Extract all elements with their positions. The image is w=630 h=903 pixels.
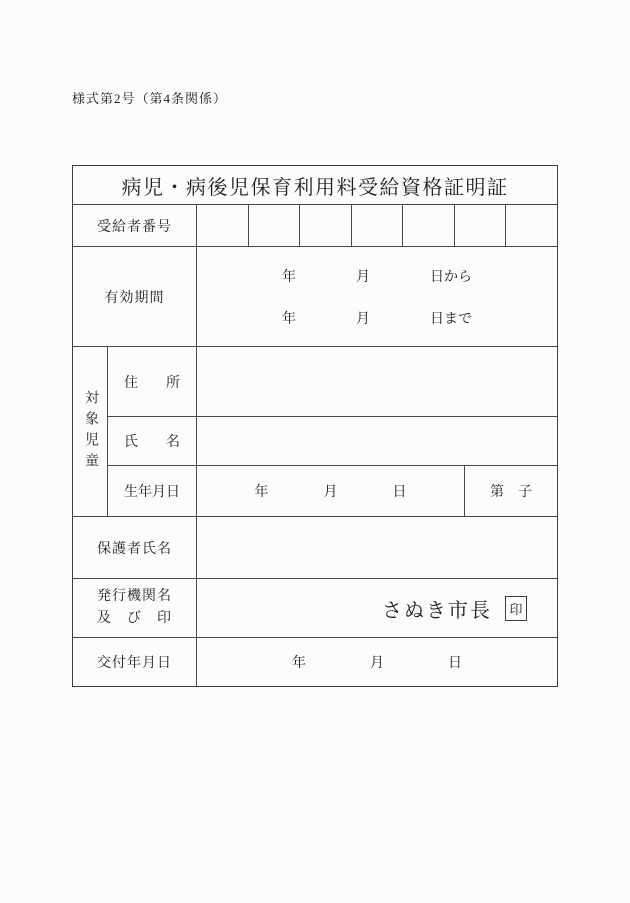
birth-order-cell: 第 子 [464, 466, 557, 516]
form-number-note: 様式第2号（第4条関係） [72, 88, 227, 107]
valid-from-line: 年 月 日から [197, 266, 557, 286]
target-child-label: 対象児童 [80, 390, 100, 474]
valid-to-year-label: 年 [282, 308, 296, 328]
target-child-label-cell: 対象児童 [73, 347, 108, 516]
recipient-number-cell [300, 205, 352, 246]
child-address-row: 住 所 [108, 347, 557, 417]
recipient-number-cell [455, 205, 507, 246]
issuer-value-cell: さぬき市長 印 [197, 579, 557, 637]
child-birthdate-row: 生年月日 年 月 日 第 子 [108, 466, 557, 516]
recipient-number-cell [249, 205, 301, 246]
issuer-row: 発行機関名 及 び 印 さぬき市長 印 [73, 579, 557, 638]
valid-period-value-cell: 年 月 日から 年 月 日まで [197, 247, 557, 346]
target-child-rows: 住 所 氏 名 生年月日 [108, 347, 557, 516]
valid-to-line: 年 月 日まで [197, 308, 557, 328]
target-child-section: 対象児童 住 所 氏 名 [73, 347, 557, 517]
child-birthdate-label-cell: 生年月日 [108, 466, 197, 516]
birth-order-label: 第 子 [490, 481, 532, 501]
recipient-number-cells [197, 205, 557, 246]
document-page: 様式第2号（第4条関係） 病児・病後児保育利用料受給資格証明証 受給者番号 [0, 0, 630, 903]
valid-period-label: 有効期間 [105, 287, 165, 307]
birthdate-month-label: 月 [324, 481, 338, 501]
valid-from-year-label: 年 [282, 266, 296, 286]
birthdate-day-label: 日 [393, 481, 407, 501]
issue-date-label-cell: 交付年月日 [73, 638, 197, 686]
child-name-row: 氏 名 [108, 417, 557, 466]
child-name-label-cell: 氏 名 [108, 417, 197, 465]
child-birthdate-value-cell: 年 月 日 [197, 466, 464, 516]
valid-period-label-cell: 有効期間 [73, 247, 197, 346]
issue-date-month-label: 月 [370, 652, 384, 672]
child-address-value-cell [197, 347, 557, 416]
guardian-row: 保護者氏名 [73, 517, 557, 579]
issuer-name: さぬき市長 [382, 594, 492, 623]
issuer-label-line1: 発行機関名 [97, 586, 172, 608]
recipient-number-row: 受給者番号 [73, 205, 557, 247]
guardian-value-cell [197, 517, 557, 578]
issuer-label-line2: 及 び 印 [97, 608, 172, 630]
recipient-number-cell [352, 205, 404, 246]
recipient-number-cell [403, 205, 455, 246]
child-address-label-cell: 住 所 [108, 347, 197, 416]
certificate-table: 病児・病後児保育利用料受給資格証明証 受給者番号 有効期間 [72, 165, 558, 687]
certificate-title-row: 病児・病後児保育利用料受給資格証明証 [73, 166, 557, 205]
issue-date-day-label: 日 [448, 652, 462, 672]
child-birthdate-line: 年 月 日 [197, 481, 464, 501]
issue-date-value-cell: 年 月 日 [197, 638, 557, 686]
seal-mark: 印 [505, 596, 527, 621]
valid-from-month-label: 月 [356, 266, 370, 286]
child-name-value-cell [197, 417, 557, 465]
valid-to-month-label: 月 [356, 308, 370, 328]
recipient-number-label: 受給者番号 [97, 216, 172, 236]
child-birthdate-label: 生年月日 [124, 481, 180, 501]
valid-period-row: 有効期間 年 月 日から 年 月 日まで [73, 247, 557, 347]
certificate-title: 病児・病後児保育利用料受給資格証明証 [122, 171, 509, 200]
issue-date-label: 交付年月日 [97, 652, 172, 672]
recipient-number-cell [197, 205, 249, 246]
birthdate-year-label: 年 [255, 481, 269, 501]
recipient-number-label-cell: 受給者番号 [73, 205, 197, 246]
guardian-label: 保護者氏名 [97, 538, 172, 558]
valid-from-day-label: 日から [430, 266, 472, 286]
issue-date-line: 年 月 日 [197, 652, 557, 672]
guardian-label-cell: 保護者氏名 [73, 517, 197, 578]
issue-date-year-label: 年 [292, 652, 306, 672]
child-address-label: 住 所 [124, 372, 180, 392]
issue-date-row: 交付年月日 年 月 日 [73, 638, 557, 686]
recipient-number-cell [506, 205, 557, 246]
child-name-label: 氏 名 [124, 431, 180, 451]
issuer-label-cell: 発行機関名 及 び 印 [73, 579, 197, 637]
valid-to-day-label: 日まで [430, 308, 472, 328]
